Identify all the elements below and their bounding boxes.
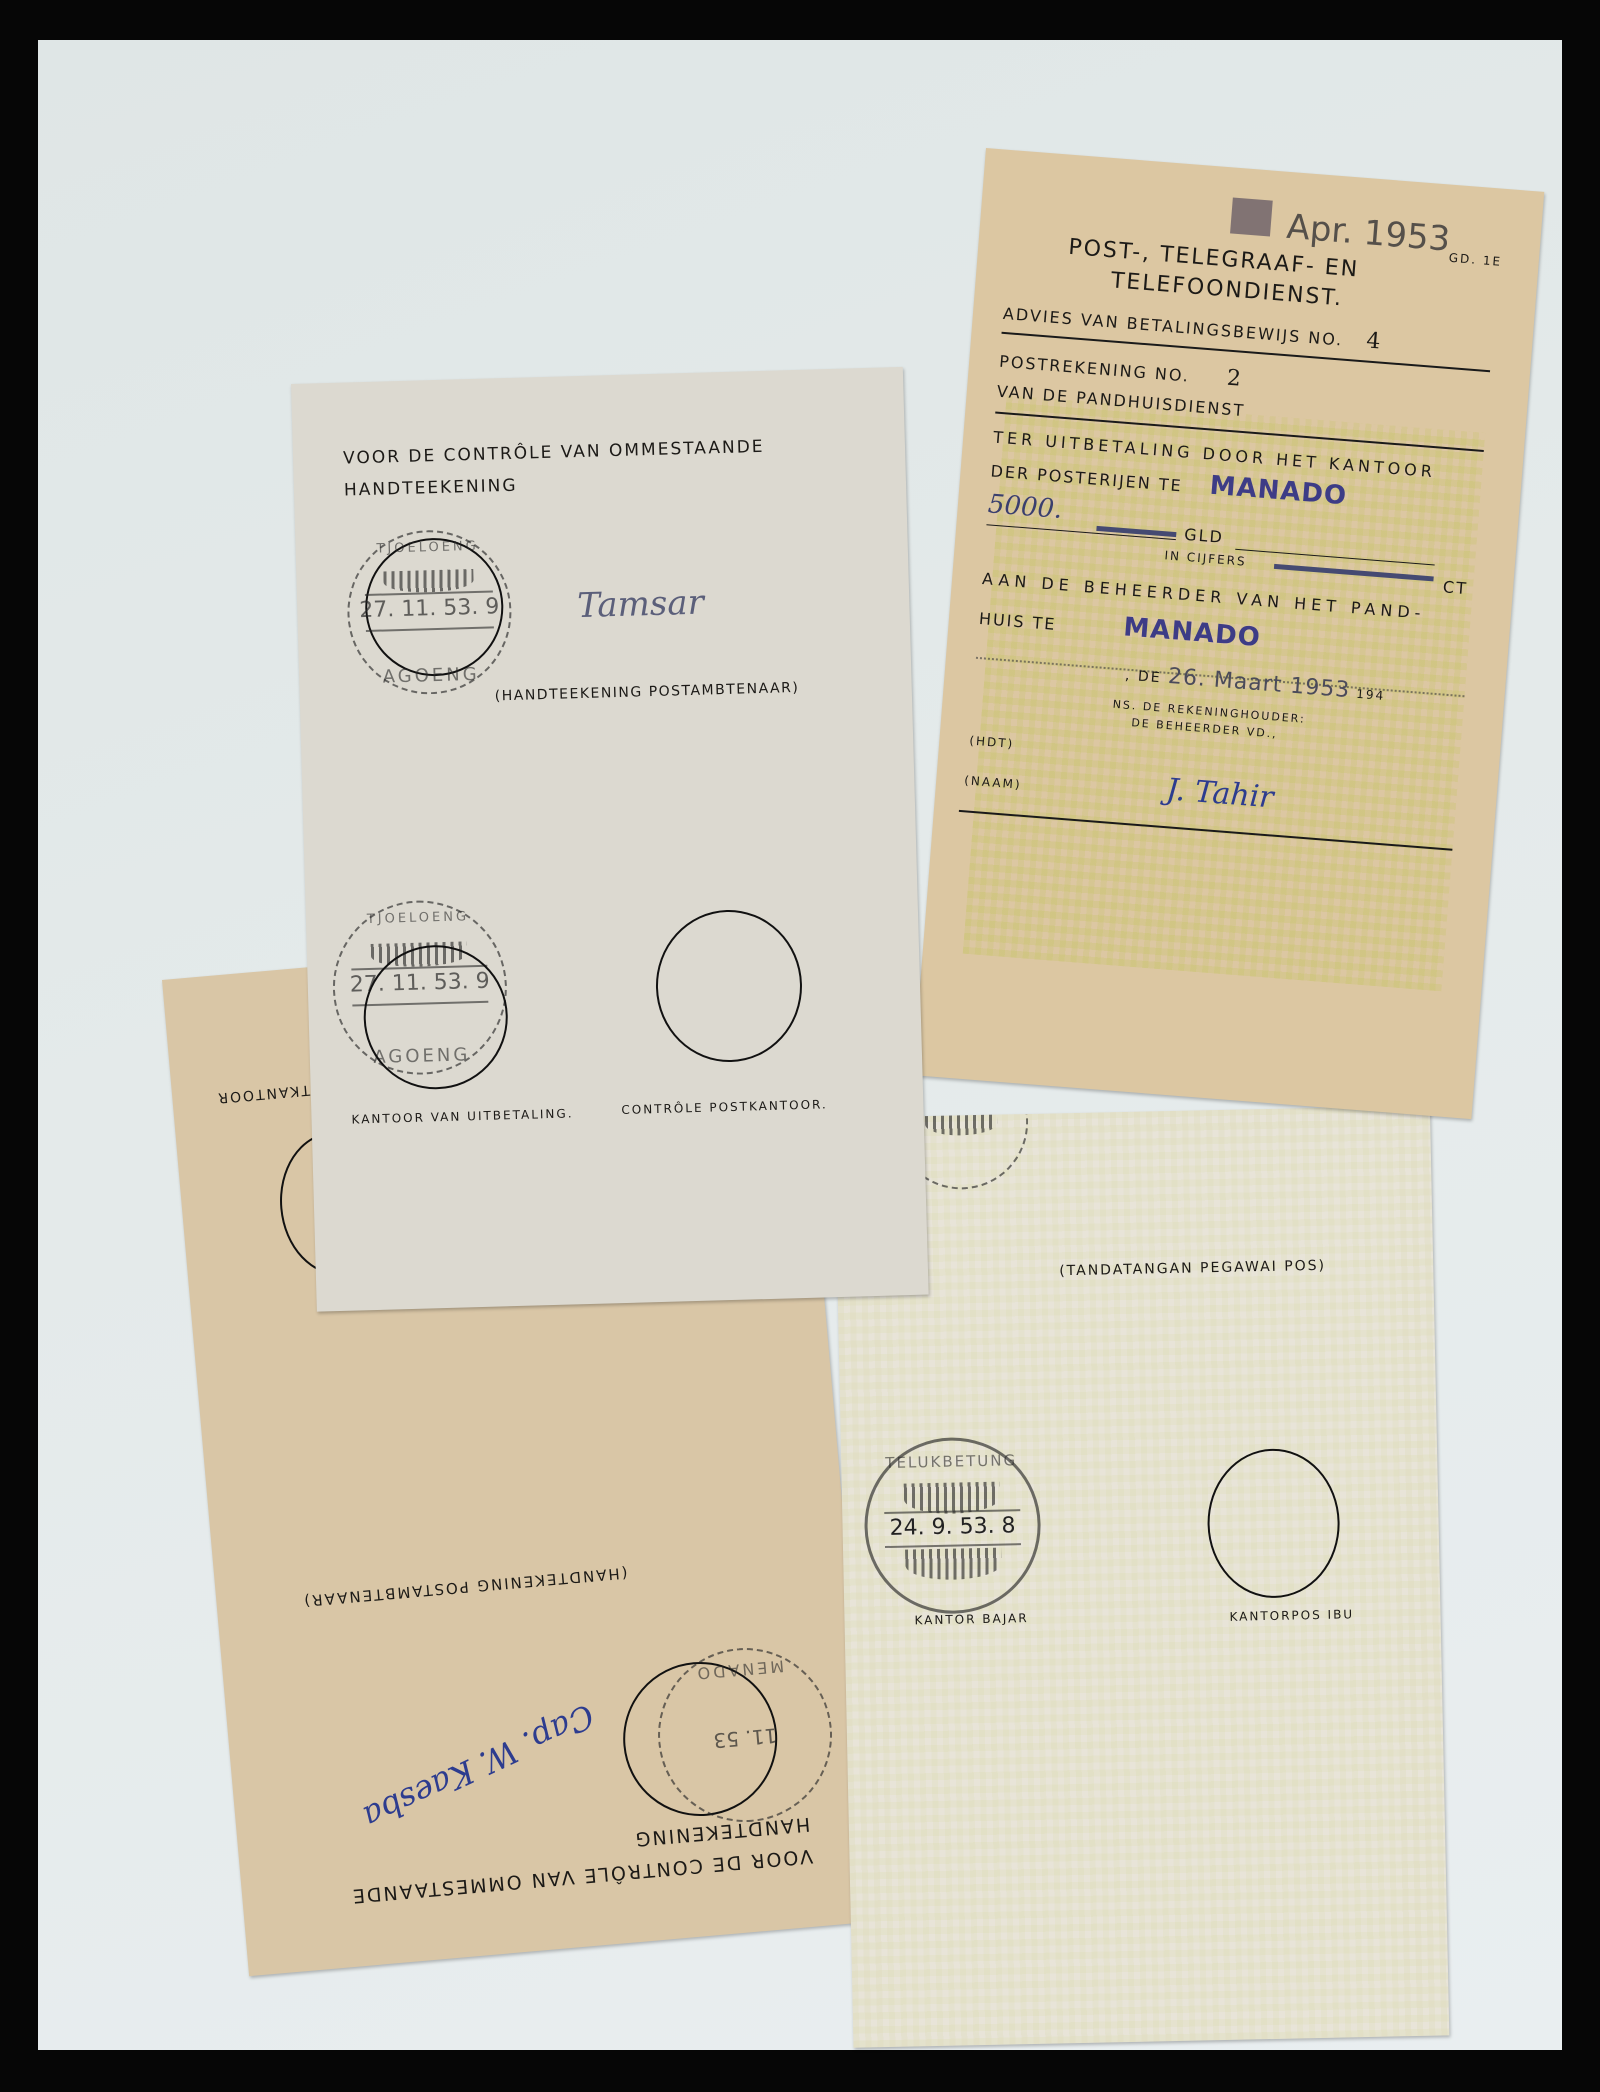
upside-heading-1: VOOR DE CONTRÔLE VAN OMMESTAANDE [350, 1845, 814, 1907]
agoeng-postmark-1: TJOELOENG 27. 11. 53. 9 AGOENG [345, 528, 514, 697]
control-heading-2: HANDTEEKENING [344, 476, 518, 501]
payment-office-label: KANTOOR VAN UITBETALING. [351, 1106, 573, 1126]
clerk-label: (HANDTEEKENING POSTAMBTENAAR) [495, 680, 800, 704]
currency-label: GLD [1184, 525, 1225, 547]
form-code: GD. 1e [1448, 251, 1502, 269]
control-office-label: CONTRÔLE POSTKANTOOR. [621, 1097, 828, 1117]
hdt-label: (HDT) [969, 734, 1015, 751]
upside-signature: Cap. W. Kaesba [357, 1696, 600, 1836]
control-office-circle [654, 908, 804, 1064]
cents-label: CT [1442, 577, 1468, 598]
main-office-label: KANTORPOS IBU [1229, 1607, 1354, 1624]
official-signature: Tamsar [577, 583, 705, 627]
office-label: KANTOR BAJAR [914, 1611, 1028, 1627]
control-heading-1: VOOR DE CONTRÔLE VAN OMMESTAANDE [343, 437, 765, 469]
upside-clerk-label: (HANDTEKENING POSTAMBTENAAR) [302, 1564, 629, 1610]
control-signature-card: VOOR DE CONTRÔLE VAN OMMESTAANDE HANDTEE… [291, 367, 929, 1312]
amount-figure: 5000. [987, 489, 1064, 525]
payment-advice-card: Apr. 1953 GD. 1e POST-, TELEGRAAF- EN TE… [913, 148, 1544, 1119]
